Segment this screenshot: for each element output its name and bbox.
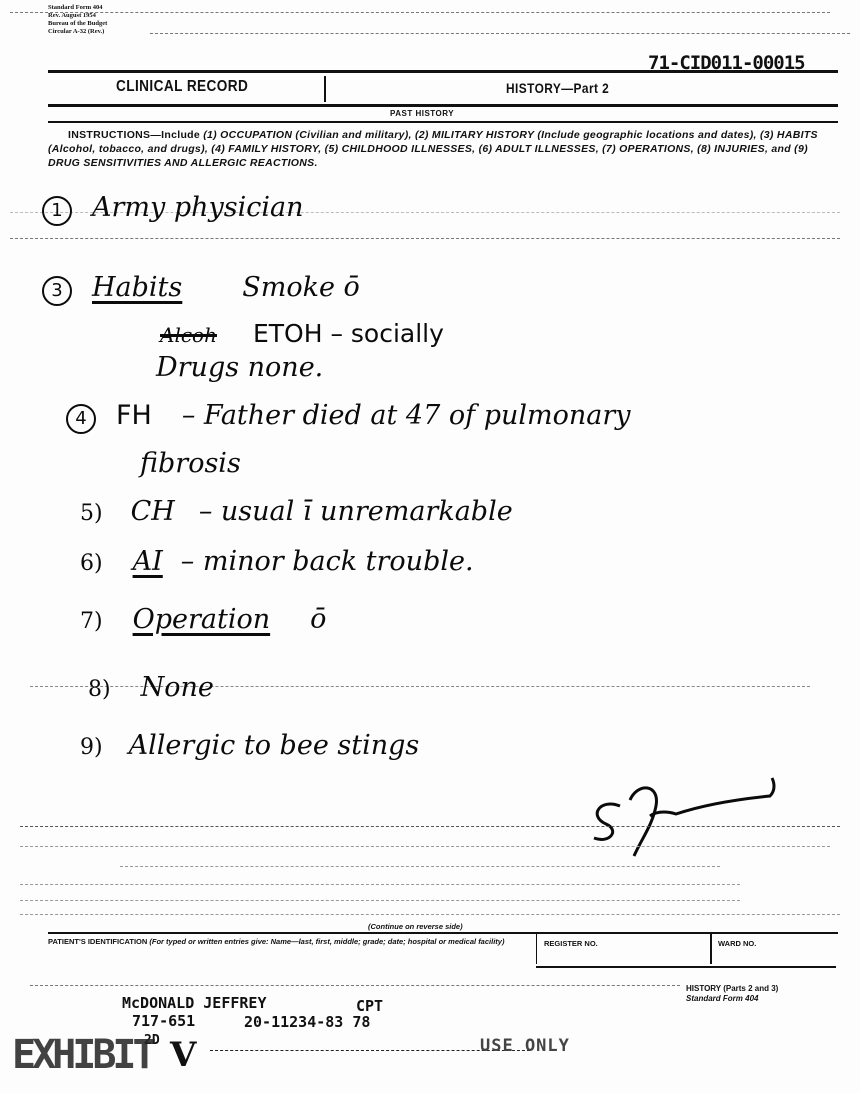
register-divider bbox=[536, 934, 537, 964]
entry-text: ETOH – socially bbox=[253, 319, 444, 348]
exhibit-stamp: EXHIBIT bbox=[12, 1032, 153, 1078]
entry-text: – minor back trouble. bbox=[181, 546, 474, 577]
form-meta-line: Bureau of the Budget bbox=[48, 20, 107, 28]
footer-box-rule bbox=[536, 966, 836, 968]
entry-text: Army physician bbox=[92, 192, 304, 223]
entry-number: 8) bbox=[88, 677, 111, 702]
official-use-stamp: USE ONLY bbox=[480, 1038, 570, 1055]
faint-line bbox=[20, 884, 740, 886]
header-divider bbox=[324, 76, 326, 102]
ward-no-label: WARD NO. bbox=[718, 939, 756, 948]
entry-3-alcohol: AlcohETOH – socially bbox=[160, 318, 444, 349]
form-meta-line: Circular A-32 (Rev.) bbox=[48, 28, 107, 36]
entry-number: 6) bbox=[80, 551, 103, 576]
signature-icon bbox=[580, 776, 790, 866]
entry-text: – Father died at 47 of pulmonary bbox=[182, 400, 631, 431]
entry-6: 6)AI– minor back trouble. bbox=[80, 546, 474, 577]
faint-line bbox=[30, 985, 680, 987]
faint-line bbox=[20, 846, 830, 848]
patient-identification: PATIENT'S IDENTIFICATION (For typed or w… bbox=[48, 937, 518, 946]
stamp-mark: V bbox=[170, 1038, 196, 1072]
entry-3: 3HabitsSmoke ō bbox=[42, 272, 360, 306]
entry-3-drugs: Drugs none. bbox=[156, 352, 323, 383]
entry-text: None bbox=[141, 672, 214, 703]
entry-number: 7) bbox=[80, 609, 103, 634]
faint-line bbox=[150, 33, 850, 35]
entry-text: Smoke ō bbox=[242, 272, 360, 303]
section-rule bbox=[48, 121, 838, 123]
entry-number: 9) bbox=[80, 735, 103, 760]
faint-line bbox=[20, 900, 740, 902]
form-metadata: Standard Form 404 Rev. August 1954 Burea… bbox=[48, 4, 107, 36]
header-bottom-rule bbox=[48, 104, 838, 107]
entry-number: 1 bbox=[42, 196, 72, 226]
entry-5: 5)CH– usual ī unremarkable bbox=[80, 496, 513, 527]
physician-signature bbox=[580, 776, 790, 866]
faint-line bbox=[20, 914, 840, 916]
continue-note: (Continue on reverse side) bbox=[368, 922, 463, 931]
entry-label: FH bbox=[116, 400, 152, 431]
entry-label: Operation bbox=[133, 604, 271, 635]
entry-9: 9)Allergic to bee stings bbox=[80, 730, 419, 761]
patient-id-label: PATIENT'S IDENTIFICATION bbox=[48, 937, 147, 946]
entry-text: – usual ī unremarkable bbox=[199, 496, 513, 527]
patient-id-hint: (For typed or written entries give: Name… bbox=[149, 937, 504, 946]
entry-text: ō bbox=[310, 604, 326, 635]
entry-1: 1Army physician bbox=[42, 192, 304, 226]
entry-text: Drugs none. bbox=[156, 352, 323, 383]
entry-text: Allergic to bee stings bbox=[129, 730, 420, 761]
service-number: 20-11234-83 78 bbox=[244, 1014, 370, 1031]
document-id: 71-CID011-00015 bbox=[648, 52, 805, 74]
form-footer: HISTORY (Parts 2 and 3) Standard Form 40… bbox=[686, 984, 778, 1004]
patient-id-line: 717-651 bbox=[132, 1013, 195, 1030]
entry-7: 7)Operationō bbox=[80, 604, 326, 635]
form-footer-line: HISTORY (Parts 2 and 3) bbox=[686, 984, 778, 994]
entry-label: Habits bbox=[92, 272, 182, 303]
entry-8: 8)None bbox=[88, 672, 214, 703]
register-no-label: REGISTER NO. bbox=[544, 939, 598, 948]
clinical-record-title: CLINICAL RECORD bbox=[116, 78, 248, 96]
instructions: INSTRUCTIONS—Include (1) OCCUPATION (Civ… bbox=[48, 128, 820, 170]
faint-line bbox=[10, 12, 830, 14]
entry-number: 4 bbox=[66, 404, 96, 434]
entry-4-cont: fibrosis bbox=[140, 448, 241, 479]
entry-number: 3 bbox=[42, 276, 72, 306]
footer-top-rule bbox=[48, 932, 838, 934]
entry-number: 5) bbox=[80, 501, 103, 526]
entry-label: AI bbox=[133, 546, 163, 577]
patient-name: McDONALD JEFFREY bbox=[122, 995, 267, 1012]
entry-text: fibrosis bbox=[140, 448, 241, 479]
form-meta-line: Standard Form 404 bbox=[48, 4, 107, 12]
faint-line bbox=[10, 238, 840, 240]
history-part-title: HISTORY—Part 2 bbox=[506, 80, 609, 96]
instructions-lead: INSTRUCTIONS—Include bbox=[68, 129, 200, 141]
entry-label: CH bbox=[131, 496, 175, 527]
section-title: PAST HISTORY bbox=[390, 109, 454, 118]
struck-text: Alcoh bbox=[160, 323, 217, 347]
form-footer-line: Standard Form 404 bbox=[686, 994, 778, 1004]
signature-line bbox=[20, 826, 840, 828]
entry-4: 4FH– Father died at 47 of pulmonary bbox=[66, 400, 631, 434]
ward-divider bbox=[710, 934, 712, 964]
faint-line bbox=[120, 866, 720, 868]
